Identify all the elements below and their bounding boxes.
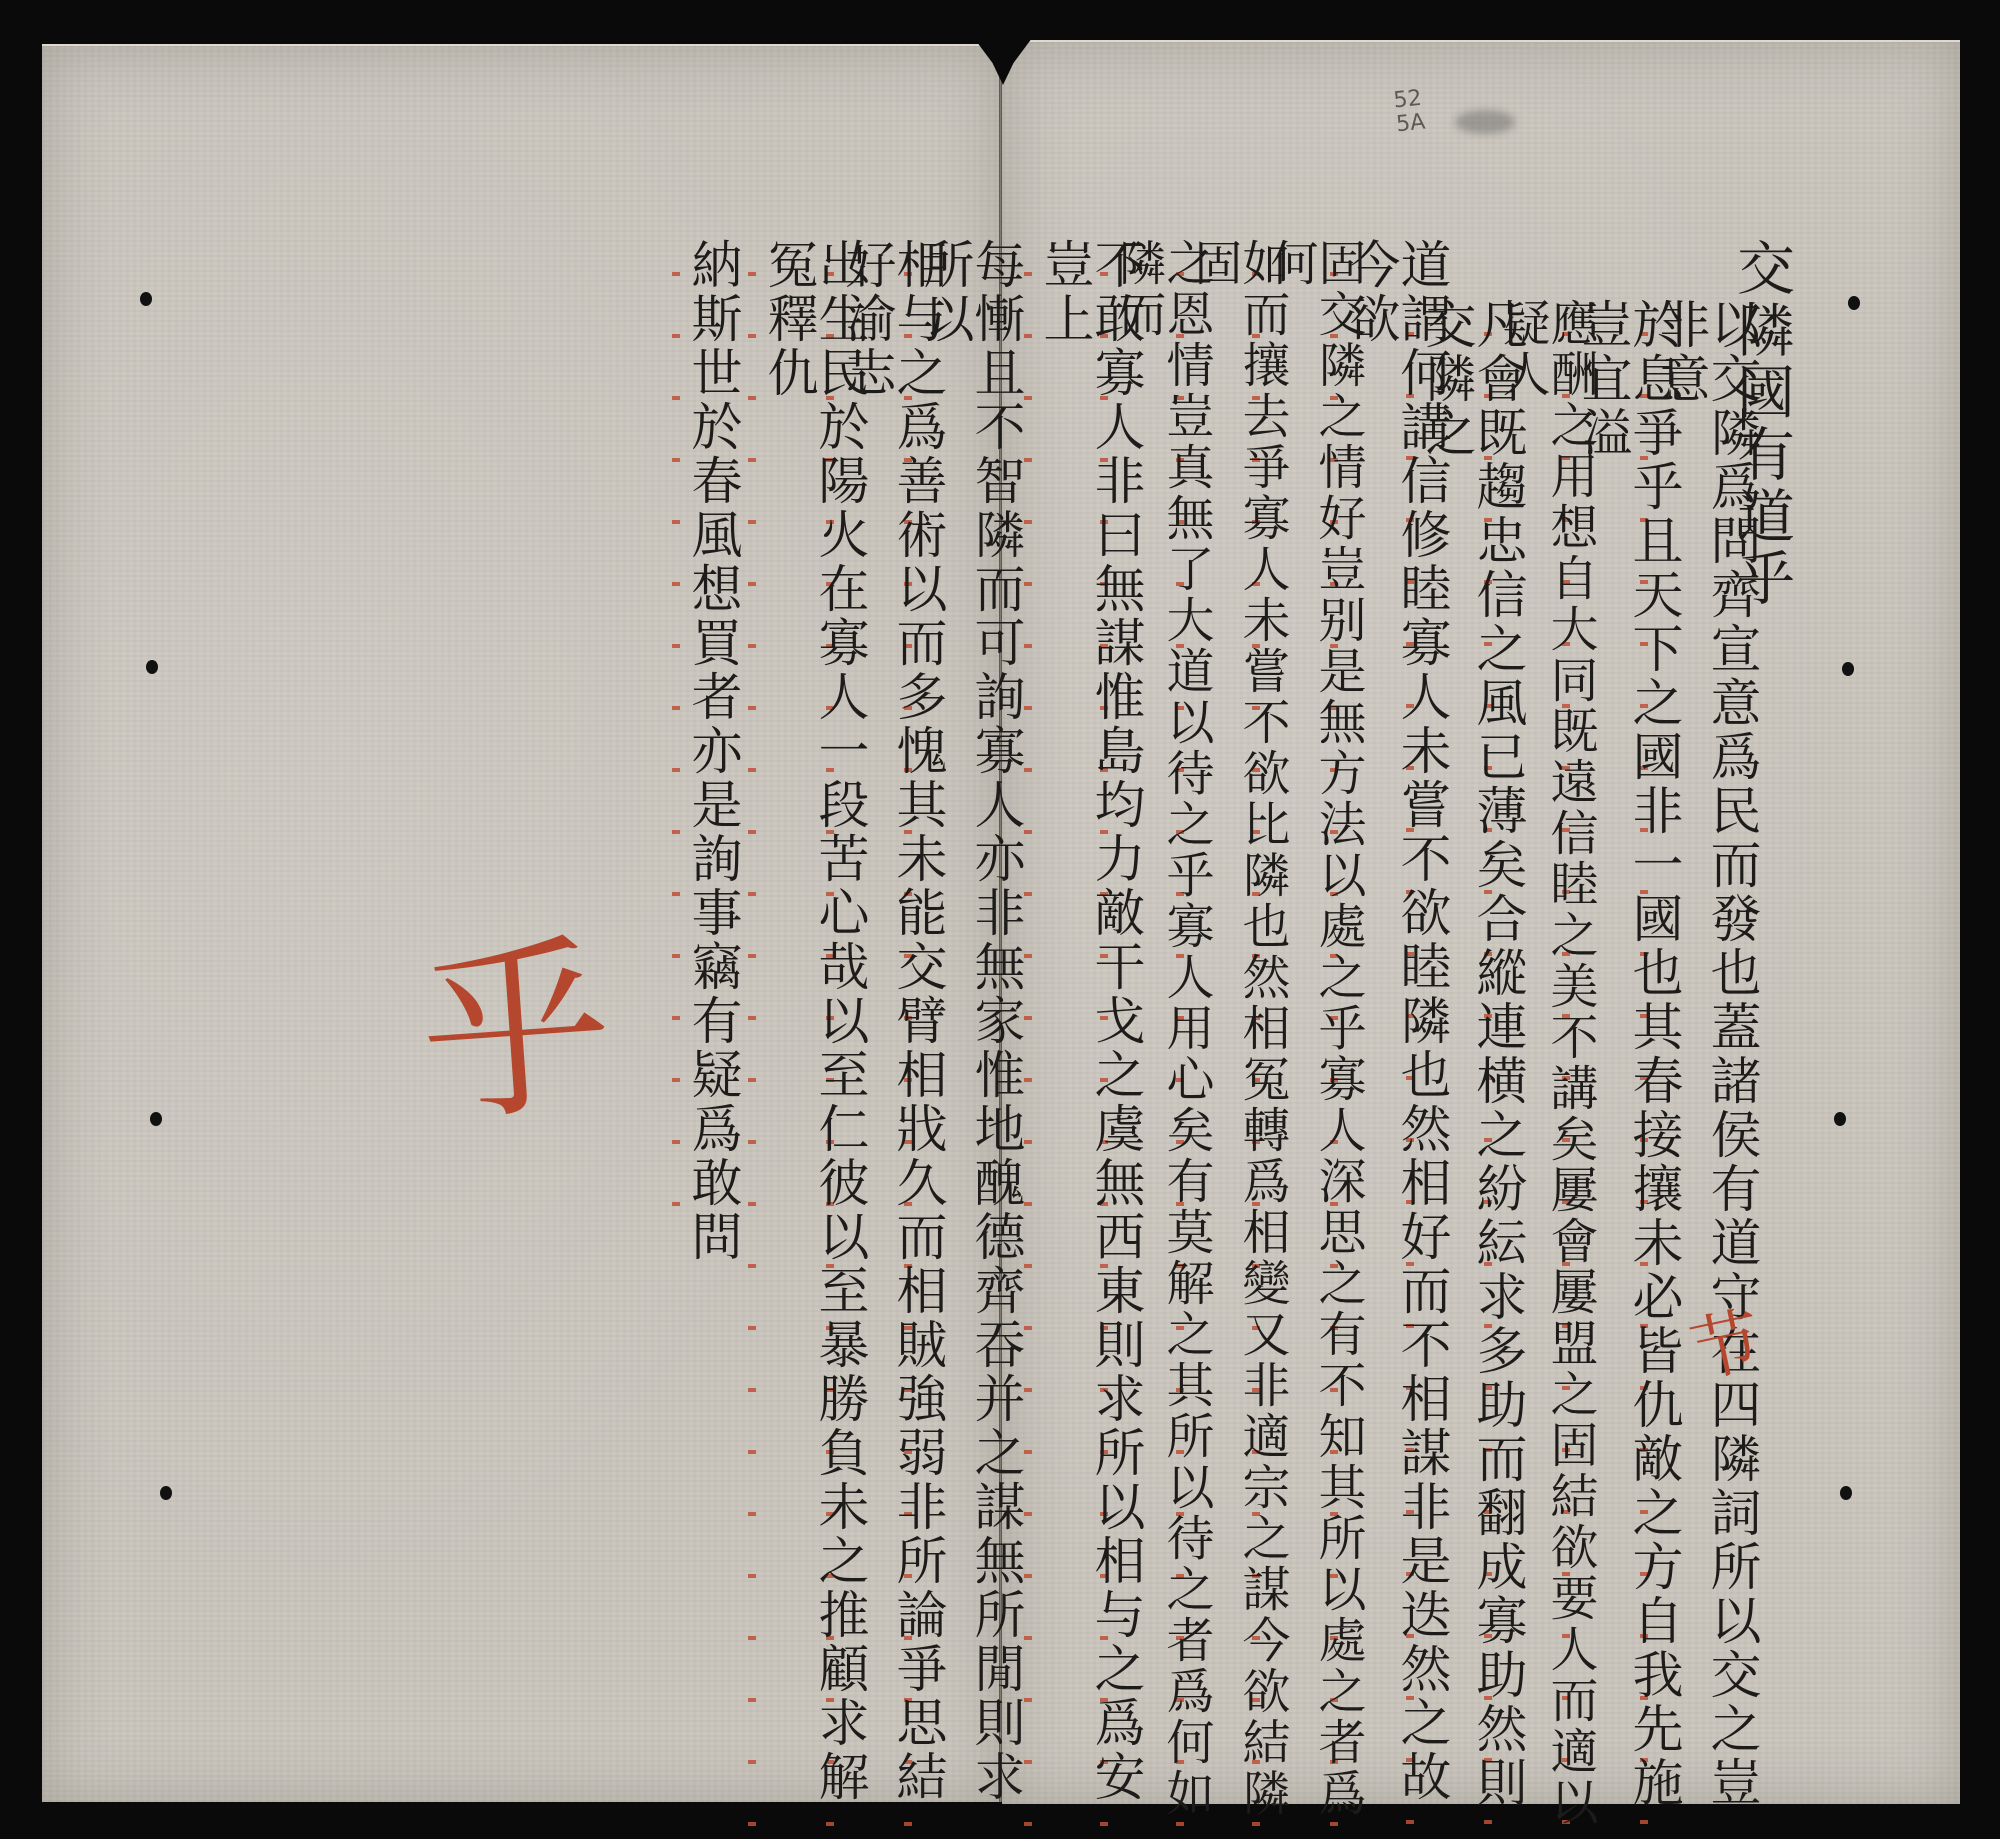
left-page-column-4: 納斯世於春風想買者亦是詢事竊有疑爲敢問: [672, 238, 737, 1264]
binding-hole: [150, 1112, 162, 1126]
pencil-catalog-note: 52 5A: [1393, 87, 1427, 138]
binding-hole: [146, 660, 158, 674]
binding-hole: [1840, 1486, 1852, 1500]
left-page-column-3: 出生民於陽火在寡人一段苦心哉以至仁彼以至暴勝負未之推顧求解冤釋仇: [748, 238, 864, 1839]
binding-hole: [1834, 1112, 1846, 1126]
pencil-smudge: [1455, 110, 1515, 134]
binding-hole: [140, 292, 152, 306]
binding-hole: [1842, 662, 1854, 676]
binding-hole: [1848, 296, 1860, 310]
red-calligraphy-character: 乎: [411, 874, 620, 1160]
right-page-column-9: 不敢寡人非曰無謀惟島均力敵干戈之虞無西東則求所以相与之爲安豈上: [1024, 238, 1140, 1839]
pencil-note-line2: 5A: [1395, 111, 1426, 138]
binding-hole: [160, 1486, 172, 1500]
